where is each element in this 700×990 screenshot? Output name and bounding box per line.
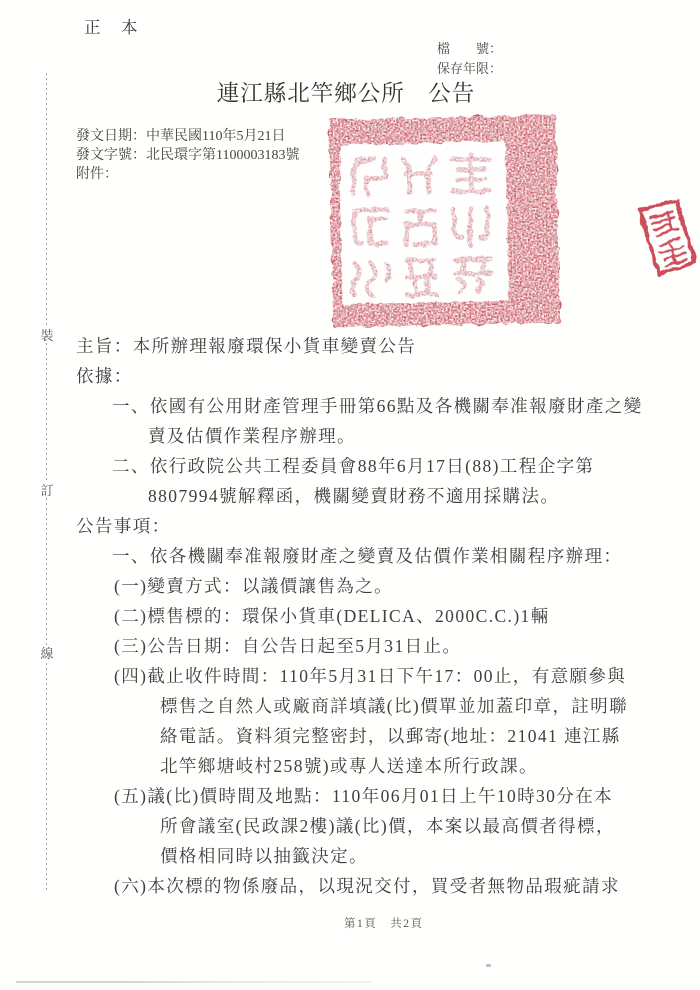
binding-mark-ding: 訂: [39, 483, 55, 498]
retention-period-label: 保存年限：: [437, 58, 502, 77]
scanned-announcement-page: 正 本 檔 號： 保存年限： 連江縣北竿鄉公所 公告 發文日期：中華民國110年…: [0, 0, 700, 990]
body-line: (一)變賣方式：以議價讓售為之。: [76, 571, 676, 601]
body-line: (三)公告日期：自公告日起至5月31日止。: [76, 631, 676, 661]
attachment-label: 附件：: [76, 165, 299, 184]
body-line: 一、依國有公用財產管理手冊第66點及各機關奉准報廢財產之變: [76, 391, 676, 421]
file-number-label: 檔 號：: [437, 38, 502, 57]
agency-official-seal-icon: [326, 112, 563, 331]
verification-seal-icon: [635, 195, 700, 281]
issue-date: 發文日期：中華民國110年5月21日: [76, 127, 299, 146]
announcement-body: 主旨：本所辦理報廢環保小貨車變賣公告依據：一、依國有公用財產管理手冊第66點及各…: [76, 331, 676, 901]
binding-mark-xian: 線: [39, 646, 55, 661]
body-line: 依據：: [76, 361, 676, 391]
body-line: 標售之自然人或廠商詳填議(比)價單並加蓋印章，註明聯: [76, 691, 676, 721]
body-line: (六)本次標的物係廢品，以現況交付，買受者無物品瑕疵請求: [76, 871, 676, 901]
body-line: 主旨：本所辦理報廢環保小貨車變賣公告: [76, 331, 676, 361]
body-line: 公告事項：: [76, 511, 676, 541]
scan-artifact-line: [16, 981, 372, 983]
binding-dotted-line: [46, 73, 47, 891]
page-number: 第1頁 共2頁: [344, 915, 424, 931]
body-line: 二、依行政院公共工程委員會88年6月17日(88)工程企字第: [76, 451, 676, 481]
body-line: 絡電話。資料須完整密封，以郵寄(地址：21041 連江縣: [76, 721, 676, 751]
body-line: 賣及估價作業程序辦理。: [76, 421, 676, 451]
body-line: 價格相同時以抽籤決定。: [76, 841, 676, 871]
body-line: 8807994號解釋函，機關變賣財務不適用採購法。: [76, 481, 676, 511]
body-line: (五)議(比)價時間及地點：110年06月01日上午10時30分在本: [76, 781, 676, 811]
copy-type-label: 正 本: [84, 14, 140, 38]
scan-artifact-speck: [486, 964, 491, 967]
body-line: 所會議室(民政課2樓)議(比)價，本案以最高價者得標，: [76, 811, 676, 841]
body-line: (二)標售標的：環保小貨車(DELICA、2000C.C.)1輛: [76, 601, 676, 631]
binding-mark-zhuang: 裝: [39, 328, 55, 343]
body-line: 一、依各機關奉准報廢財產之變賣及估價作業相關程序辦理：: [76, 541, 676, 571]
body-line: (四)截止收件時間：110年5月31日下午17：00止，有意願參與: [76, 661, 676, 691]
document-title: 連江縣北竿鄉公所 公告: [0, 76, 692, 108]
doc-number: 發文字號：北民環字第1100003183號: [76, 146, 299, 165]
document-meta: 發文日期：中華民國110年5月21日 發文字號：北民環字第1100003183號…: [76, 127, 299, 184]
body-line: 北竿鄉塘岐村258號)或專人送達本所行政課。: [76, 751, 676, 781]
